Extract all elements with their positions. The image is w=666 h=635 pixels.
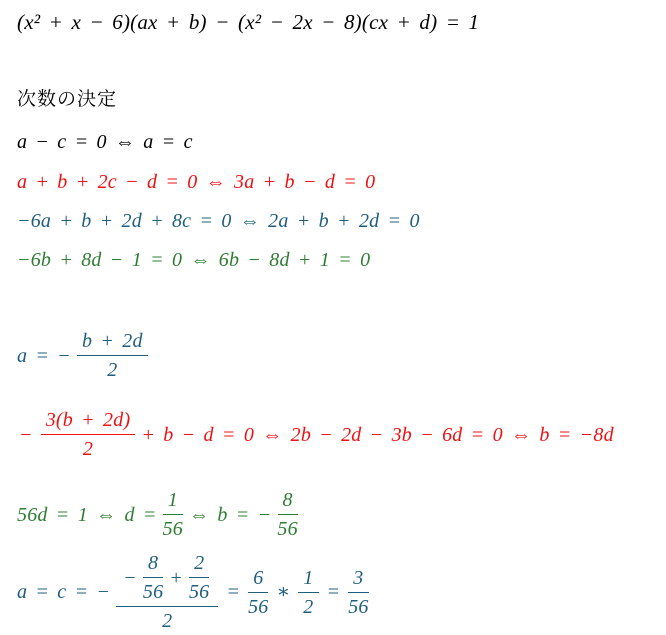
minus-sign: − (19, 423, 33, 447)
numerator: 8 (143, 551, 163, 578)
d-solution-prefix: 56d = 1 ⇔ d = (17, 503, 157, 527)
b-value-fraction: 8 56 (277, 488, 297, 541)
equals-sign: = (226, 580, 240, 604)
denominator: 2 (303, 593, 313, 619)
degree-condition-3-text: −6a + b + 2d + 8c = 0 ⇔ 2a + b + 2d = 0 (17, 209, 420, 233)
substitution-rest: + b − d = 0 ⇔ 2b − 2d − 3b − 6d = 0 ⇔ b … (141, 423, 613, 447)
denominator: 56 (163, 515, 183, 541)
numerator: 8 (278, 488, 298, 515)
denominator: 56 (189, 578, 209, 604)
numerator: 1 (298, 566, 318, 593)
degree-condition-2: a + b + 2c − d = 0 ⇔ 3a + b − d = 0 (17, 170, 375, 194)
d-value-fraction: 1 56 (163, 488, 183, 541)
degree-condition-1: a − c = 0 ⇔ a = c (17, 130, 193, 154)
degree-condition-4-text: −6b + 8d − 1 = 0 ⇔ 6b − 8d + 1 = 0 (17, 248, 370, 272)
denominator: 56 (348, 593, 368, 619)
denominator: 56 (277, 515, 297, 541)
main-equation: (x² + x − 6)(ax + b) − (x² − 2x − 8)(cx … (17, 10, 479, 35)
numerator: 3(b + 2d) (41, 408, 136, 435)
result-fraction-3: 3 56 (348, 566, 368, 619)
denominator: 56 (248, 593, 268, 619)
numerator: b + 2d (77, 329, 148, 356)
degree-condition-1-text: a − c = 0 ⇔ a = c (17, 130, 193, 154)
nested-fraction-2: 2 56 (189, 551, 209, 604)
minus-sign: − (123, 566, 137, 590)
final-a-value: a = c = − − 8 56 + 2 56 2 = 6 56 ∗ 1 2 =… (17, 551, 375, 633)
big-fraction-denominator: 2 (162, 607, 172, 633)
substitution-equation: − 3(b + 2d) 2 + b − d = 0 ⇔ 2b − 2d − 3b… (17, 408, 614, 461)
result-fraction-1: 6 56 (248, 566, 268, 619)
result-fraction-2: 1 2 (298, 566, 318, 619)
numerator: 3 (348, 566, 368, 593)
a-expression-fraction: b + 2d 2 (77, 329, 148, 382)
denominator: 56 (143, 578, 163, 604)
numerator: 6 (248, 566, 268, 593)
big-fraction-numerator: − 8 56 + 2 56 (116, 551, 218, 607)
d-b-solution: 56d = 1 ⇔ d = 1 56 ⇔ b = − 8 56 (17, 488, 304, 541)
multiply-sign: ∗ (277, 580, 291, 604)
substitution-fraction: 3(b + 2d) 2 (41, 408, 136, 461)
degree-condition-2-text: a + b + 2c − d = 0 ⇔ 3a + b − d = 0 (17, 170, 375, 194)
denominator: 2 (83, 435, 93, 461)
final-prefix: a = c = − (17, 580, 110, 604)
degree-condition-3: −6a + b + 2d + 8c = 0 ⇔ 2a + b + 2d = 0 (17, 209, 420, 233)
a-expression-prefix: a = − (17, 344, 71, 368)
d-solution-middle: ⇔ b = − (189, 503, 271, 527)
a-expression: a = − b + 2d 2 (17, 329, 154, 382)
equals-sign: = (327, 580, 341, 604)
numerator: 1 (163, 488, 183, 515)
degree-condition-4: −6b + 8d − 1 = 0 ⇔ 6b − 8d + 1 = 0 (17, 248, 370, 272)
numerator: 2 (189, 551, 209, 578)
main-equation-text: (x² + x − 6)(ax + b) − (x² − 2x − 8)(cx … (17, 10, 479, 35)
nested-fraction-1: 8 56 (143, 551, 163, 604)
big-fraction: − 8 56 + 2 56 2 (116, 551, 218, 633)
denominator: 2 (107, 356, 117, 382)
section-heading: 次数の決定 (17, 89, 117, 112)
plus-sign: + (169, 566, 183, 590)
section-heading-text: 次数の決定 (17, 89, 117, 112)
